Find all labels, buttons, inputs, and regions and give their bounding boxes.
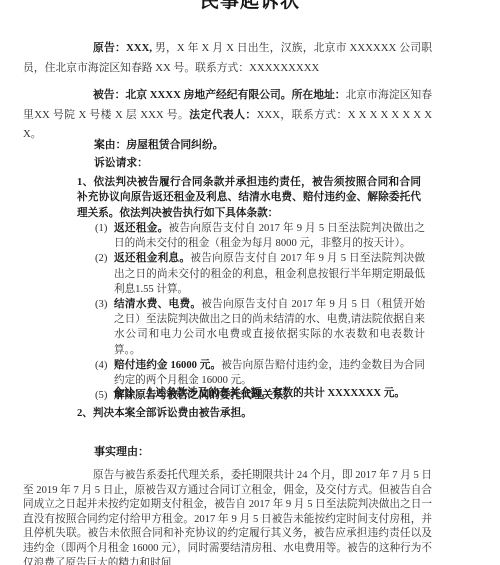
text-segment: 1、依法判决被告履行合同条款并承担违约责任，被告须按照合同和合同补充协议向原告返… [77, 177, 421, 219]
text-segment: 结清水费、电费。 [114, 299, 201, 310]
claim-subitem: (3) 结清水费、电费。被告向原告支付自 2017 年 9 月 5 日（租赁开始… [95, 297, 425, 358]
claim-subitems-list: (1) 返还租金。被告向原告支付自 2017 年 9 月 5 日至法院判决做出之… [95, 221, 425, 403]
subitem-number: (5) [95, 388, 114, 403]
subitem-number: (3) [95, 297, 114, 358]
text-segment: 原告： [93, 42, 126, 54]
text-segment: 所在地址： [292, 89, 346, 101]
subitem-number: (2) [95, 251, 114, 297]
text-segment: 上述条款涉及的有关金额，有数的共计 XXXXXXX 元。 [145, 388, 405, 399]
text-segment: 被告： [93, 89, 125, 101]
text-segment: 原告与被告系委托代理关系，委托期限共计 24 个月，即 2017 年 7 月 5… [23, 470, 432, 565]
claim-item-2: 2、判决本案全部诉讼费由被告承担。 [77, 406, 252, 421]
text-segment: 北京 XXXX 房地产经纪有限公司。 [125, 89, 291, 101]
text-segment: 案由： [94, 139, 126, 151]
text-segment: 2、判决本案全部诉讼费由被告承担。 [77, 408, 252, 419]
civil-complaint-document: 民事起诉状 原告：XXX, 男，X 年 X 月 X 日出生，汉族，北京市 XXX… [0, 0, 500, 565]
subitem-number: (1) [95, 221, 114, 251]
subitem-number: (4) [95, 358, 114, 388]
doc-title: 民事起诉状 [0, 0, 500, 13]
claim-subitem: (4) 赔付违约金 16000 元。被告向原告赔付违约金，违约金数目为合同约定的… [95, 358, 425, 388]
text-segment: XXX, [126, 42, 152, 54]
subitem-text: 赔付违约金 16000 元。被告向原告赔付违约金，违约金数目为合同约定的两个月租… [114, 358, 425, 388]
subitem-text: 返还租金。被告向原告支付自 2017 年 9 月 5 日至法院判决做出之日的尚未… [114, 221, 425, 251]
claims-heading: 诉讼请求： [94, 156, 148, 170]
text-segment: 法定代表人： [189, 109, 256, 121]
claims-total-line: 合计：上述条款涉及的有关金额，有数的共计 XXXXXXX 元。 [113, 386, 405, 401]
cause-line: 案由：房屋租赁合同纠纷。 [94, 138, 224, 152]
facts-paragraph: 原告与被告系委托代理关系，委托期限共计 24 个月，即 2017 年 7 月 5… [23, 469, 432, 565]
subitem-text: 结清水费、电费。被告向原告支付自 2017 年 9 月 5 日（租赁开始之日）至… [114, 297, 425, 358]
text-segment: 男，X 年 X 月 X 日出生，汉族，北京市 XXXXXX 公司职员，住北京市海… [23, 42, 432, 74]
claim-subitem: (1) 返还租金。被告向原告支付自 2017 年 9 月 5 日至法院判决做出之… [95, 221, 425, 251]
plaintiff-paragraph: 原告：XXX, 男，X 年 X 月 X 日出生，汉族，北京市 XXXXXX 公司… [23, 39, 432, 78]
defendant-paragraph: 被告：北京 XXXX 房地产经纪有限公司。所在地址：北京市海淀区知春里XX 号院… [23, 86, 432, 145]
text-segment: 返还租金。 [114, 223, 169, 234]
text-segment: 返还租金利息。 [114, 253, 190, 264]
subitem-text: 返还租金利息。被告向原告支付自 2017 年 9 月 5 日至法院判决做出之日的… [114, 251, 425, 297]
text-segment: 合计： [113, 388, 145, 399]
facts-heading: 事实理由： [94, 445, 149, 460]
text-segment: 赔付违约金 16000 元。 [114, 360, 221, 371]
claim-item-1: 1、依法判决被告履行合同条款并承担违约责任，被告须按照合同和合同补充协议向原告返… [77, 175, 421, 221]
claim-subitem: (2) 返还租金利息。被告向原告支付自 2017 年 9 月 5 日至法院判决做… [95, 251, 425, 297]
text-segment: 房屋租赁合同纠纷。 [126, 139, 223, 151]
